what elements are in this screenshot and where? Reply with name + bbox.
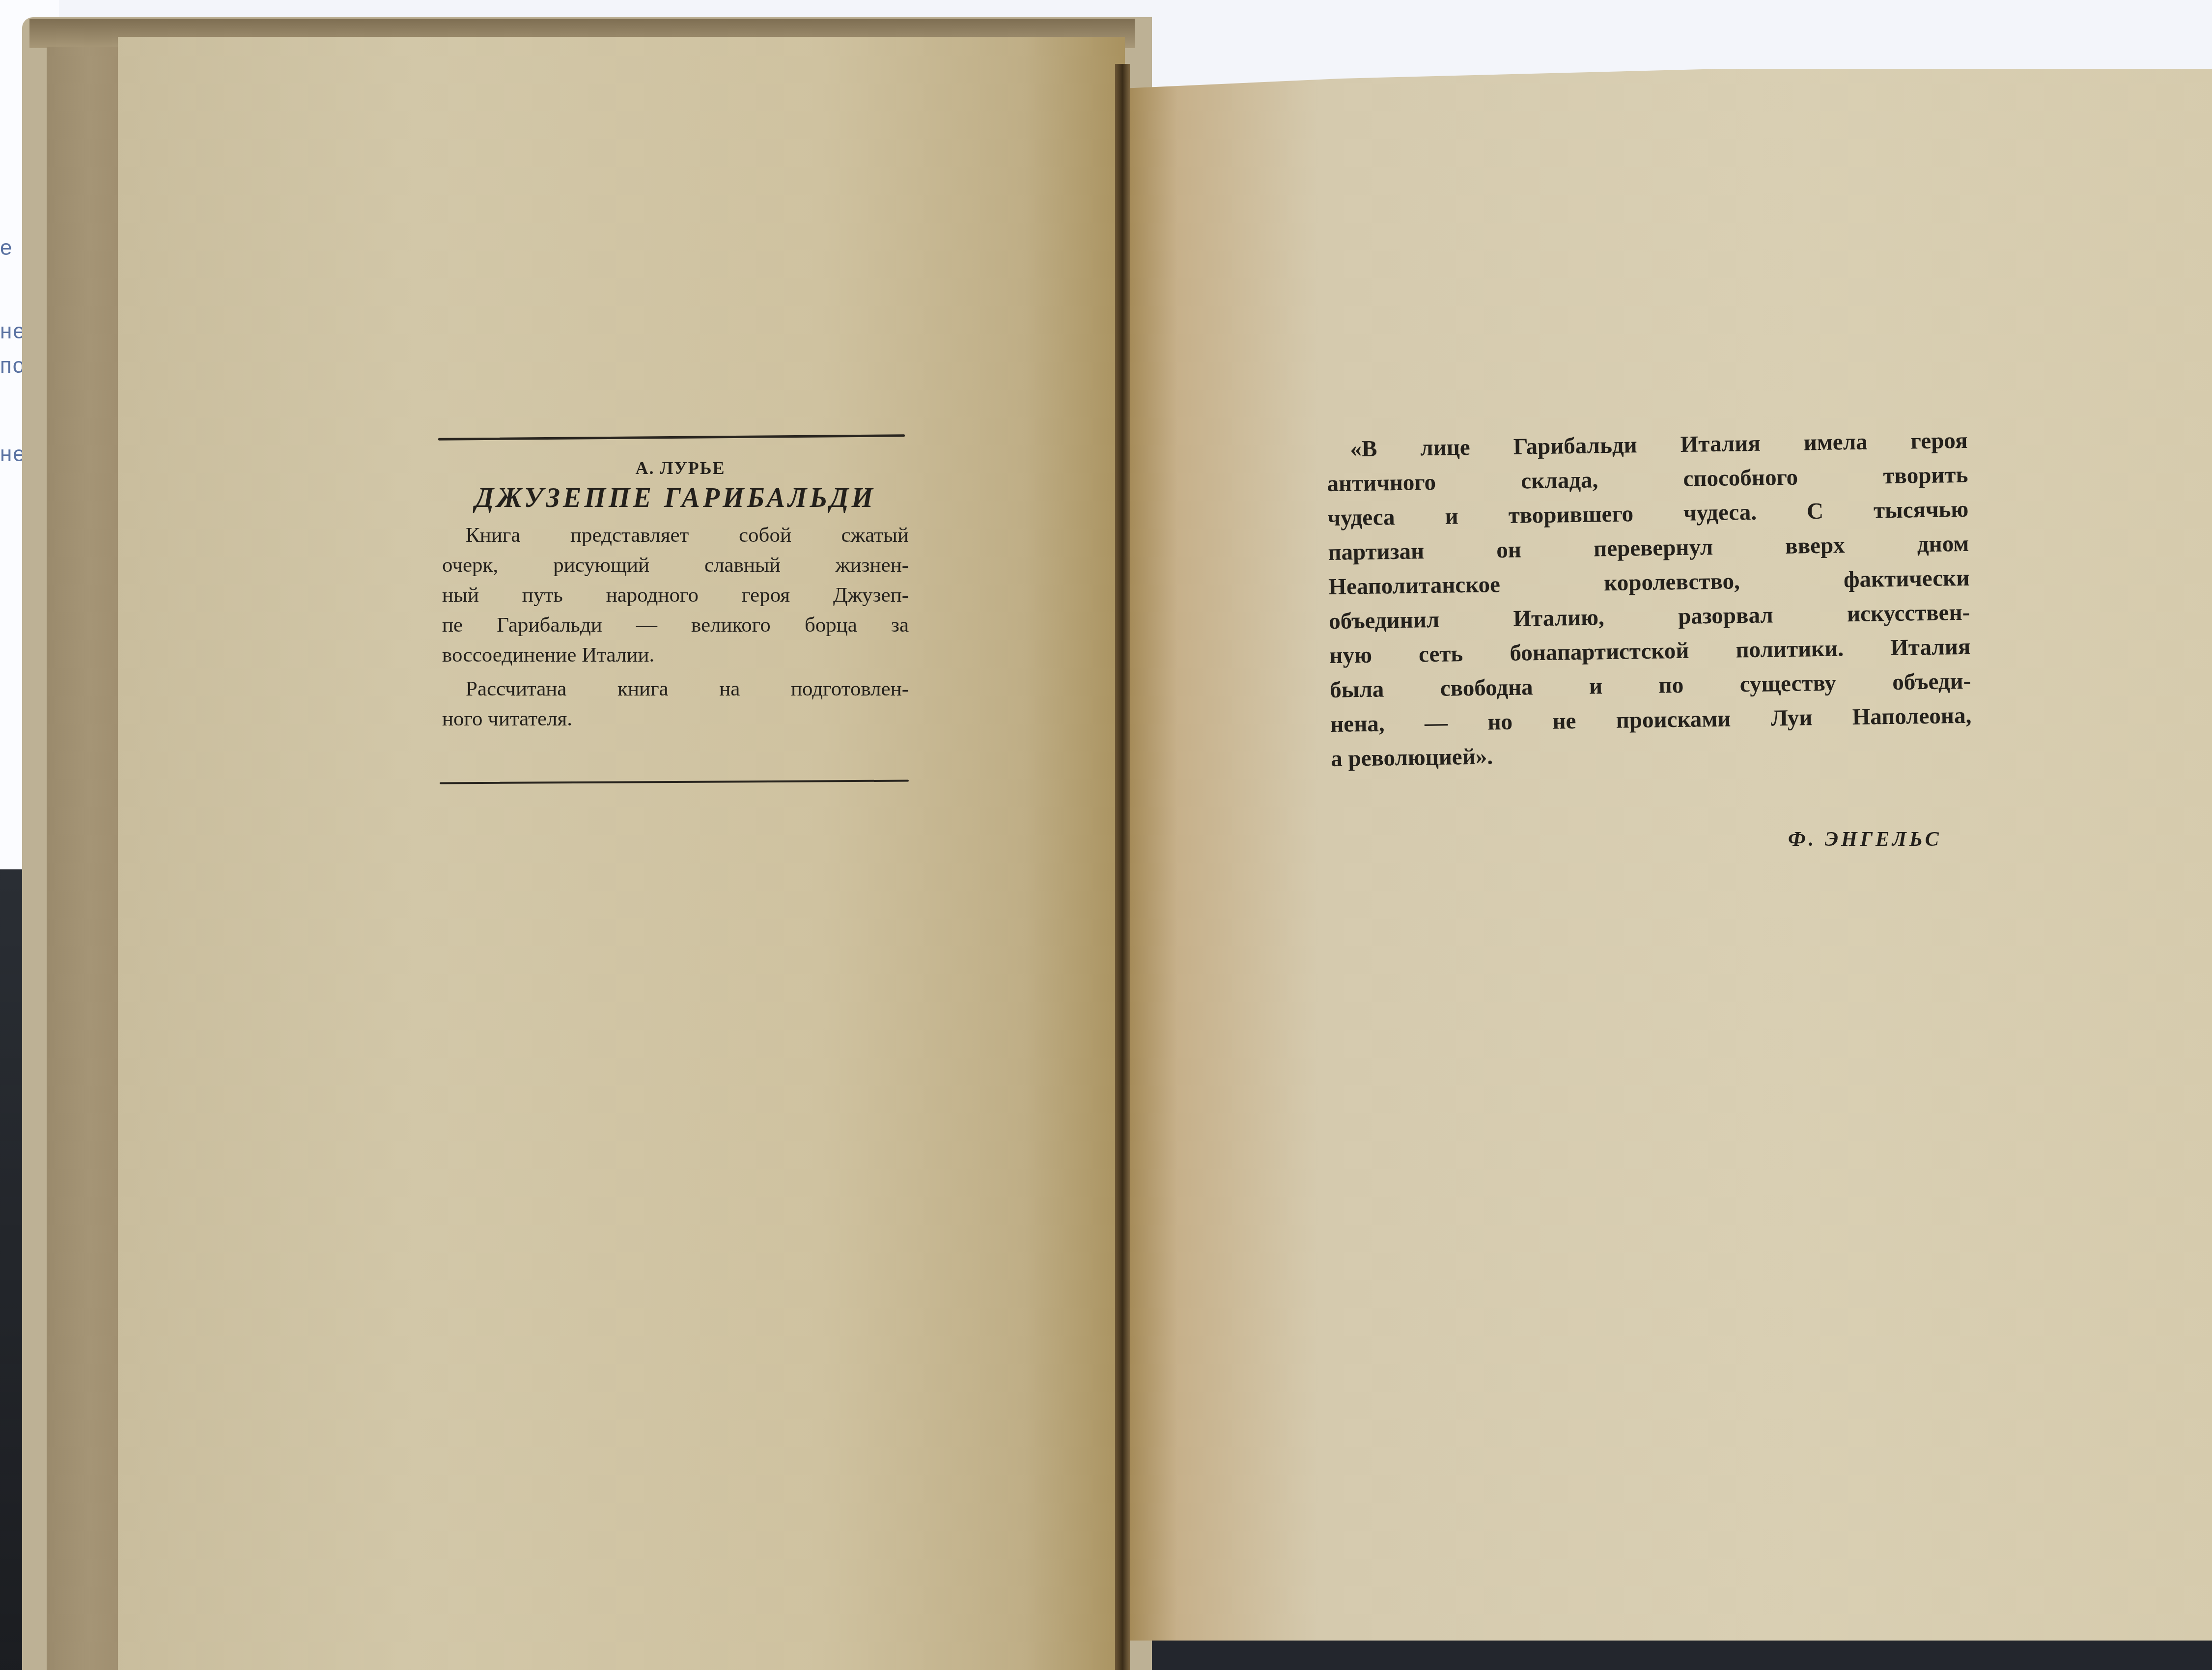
book-author: А. ЛУРЬЕ — [452, 454, 909, 482]
epigraph-block: «В лице Гарибальди Италия имела героя ан… — [1326, 423, 1972, 776]
book-gutter — [1115, 64, 1130, 1670]
book-cover-inner-band — [47, 47, 118, 1670]
left-page — [118, 37, 1125, 1670]
annotation-line: воссоединение Италии. — [442, 640, 909, 670]
annotation-line: очерк, рисующий славный жизнен- — [442, 550, 909, 580]
epigraph-signature: Ф. ЭНГЕЛЬС — [1788, 828, 1942, 851]
right-page — [1122, 69, 2212, 1641]
book-title: ДЖУЗЕППЕ ГАРИБАЛЬДИ — [442, 482, 909, 514]
annotation-block: А. ЛУРЬЕ ДЖУЗЕППЕ ГАРИБАЛЬДИ Книга предс… — [442, 454, 909, 734]
background-keyboard-surface — [1095, 1641, 2212, 1670]
audience-line: ного читателя. — [442, 704, 909, 734]
annotation-line: Книга представляет собой сжатый — [442, 520, 909, 550]
audience-line: Рассчитана книга на подготовлен- — [442, 674, 909, 704]
annotation-line: пе Гарибальди — великого борца за — [442, 610, 909, 640]
annotation-line: ный путь народного героя Джузеп- — [442, 580, 909, 610]
background-text-fragment: е — [0, 236, 13, 260]
